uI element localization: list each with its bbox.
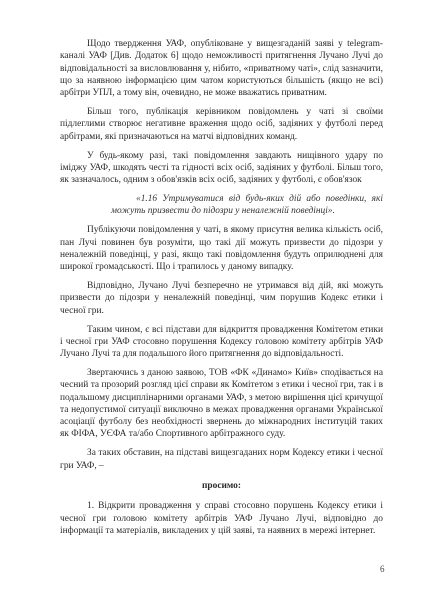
paragraph: Звертаючись з даною заявою, ТОВ «ФК «Дин… <box>60 367 383 441</box>
paragraph: Відповідно, Лучано Лучі безперечно не ут… <box>60 280 383 317</box>
document-page: Щодо твердження УАФ, опубліковане у вище… <box>0 0 424 600</box>
request-item: 1. Відкрити провадження у справі стосовн… <box>60 500 383 537</box>
paragraph: Таким чином, є всі підстави для відкритт… <box>60 324 383 361</box>
paragraph: У будь-якому разі, такі повідомлення зав… <box>60 150 383 187</box>
paragraph: Більш того, публікація керівником повідо… <box>60 106 383 143</box>
code-quote: «1.16 Утримуватися від будь-яких дій або… <box>111 193 383 218</box>
request-heading: просимо: <box>60 480 383 492</box>
paragraph: За таких обставин, на підставі вищезгада… <box>60 447 383 472</box>
paragraph: Щодо твердження УАФ, опубліковане у вище… <box>60 38 383 99</box>
page-content: Щодо твердження УАФ, опубліковане у вище… <box>60 38 383 544</box>
page-number: 6 <box>380 564 385 574</box>
paragraph: Публікуючи повідомлення у чаті, в якому … <box>60 224 383 273</box>
